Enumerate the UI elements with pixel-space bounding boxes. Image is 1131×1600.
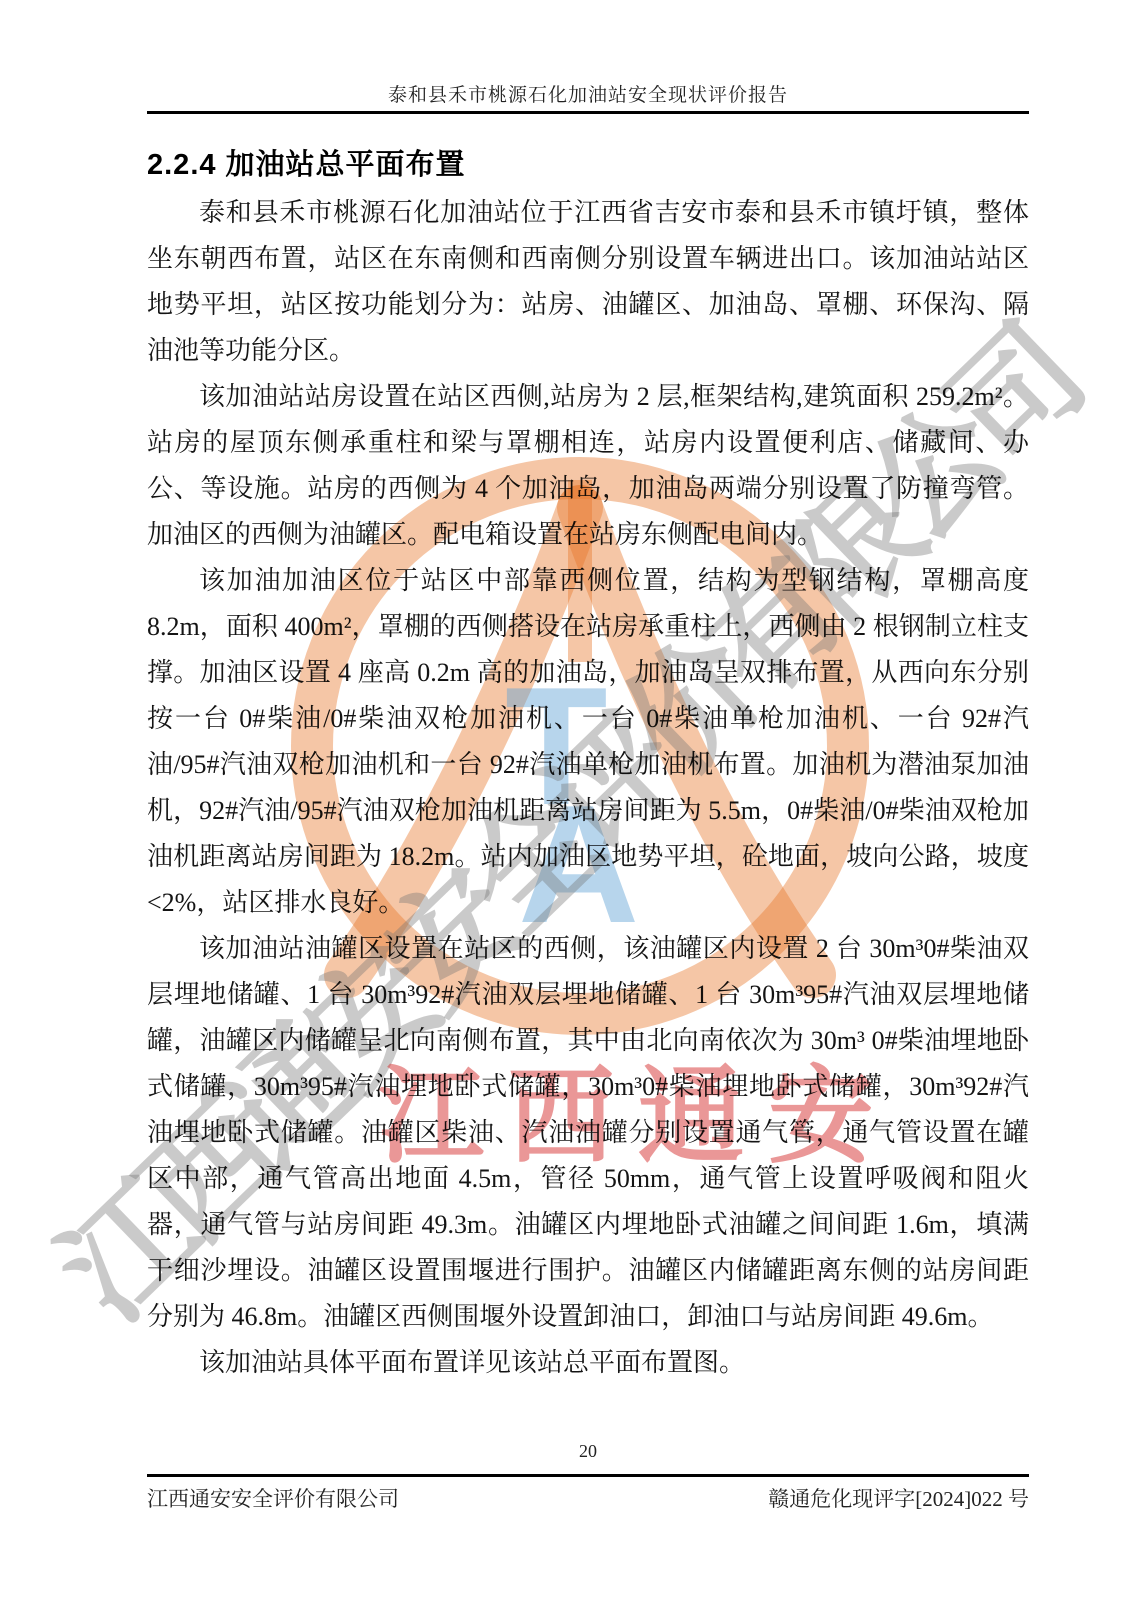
report-page: 泰和县禾市桃源石化加油站安全现状评价报告 2.2.4 加油站总平面布置 泰和县禾… <box>0 0 1131 1600</box>
footer-rule <box>147 1474 1029 1477</box>
page-number: 20 <box>147 1441 1029 1462</box>
section-heading: 2.2.4 加油站总平面布置 <box>147 142 1029 183</box>
body-paragraph: 泰和县禾市桃源石化加油站位于江西省吉安市泰和县禾市镇圩镇，整体坐东朝西布置，站区… <box>147 190 1029 374</box>
body-paragraph: 该加油站站房设置在站区西侧,站房为 2 层,框架结构,建筑面积 259.2m²。… <box>147 374 1029 558</box>
page-footer: 江西通安安全评价有限公司 赣通危化现评字[2024]022 号 <box>147 1483 1029 1513</box>
body-paragraph: 该加油站具体平面布置详见该站总平面布置图。 <box>147 1340 1029 1386</box>
footer-company-name: 江西通安安全评价有限公司 <box>147 1483 399 1513</box>
body-text-block: 泰和县禾市桃源石化加油站位于江西省吉安市泰和县禾市镇圩镇，整体坐东朝西布置，站区… <box>147 190 1029 1386</box>
body-paragraph: 该加油站油罐区设置在站区的西侧，该油罐区内设置 2 台 30m³0#柴油双层埋地… <box>147 926 1029 1340</box>
body-paragraph: 该加油加油区位于站区中部靠西侧位置，结构为型钢结构，罩棚高度 8.2m，面积 4… <box>147 558 1029 926</box>
footer-doc-number: 赣通危化现评字[2024]022 号 <box>768 1483 1029 1513</box>
page-header-title: 泰和县禾市桃源石化加油站安全现状评价报告 <box>147 80 1029 107</box>
header-rule <box>147 111 1029 114</box>
